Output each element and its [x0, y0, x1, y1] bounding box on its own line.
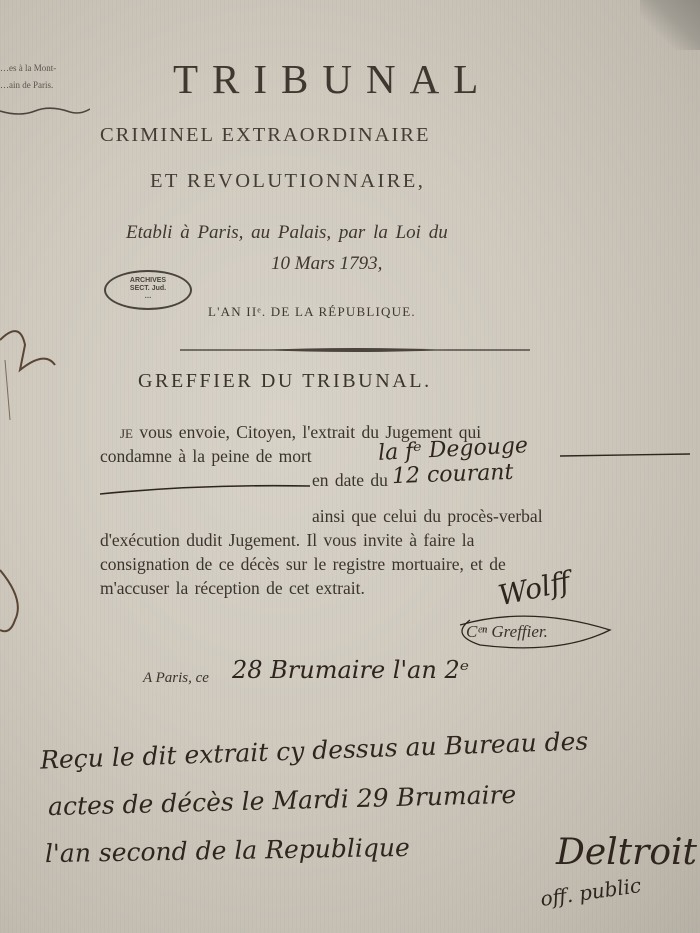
margin-reference-line: …es à la Mont-: [0, 60, 56, 77]
body-line-7: m'accuser la réception de cet extrait.: [100, 578, 365, 599]
handwritten-line-stroke: [560, 448, 690, 462]
handwritten-dateline-date: 28 Brumaire l'an 2ᵉ: [232, 656, 469, 684]
section-title: GREFFIER DU TRIBUNAL.: [138, 370, 432, 393]
margin-reference: …es à la Mont- …ain de Paris.: [0, 60, 56, 94]
margin-flourish-icon: [0, 105, 90, 119]
left-margin-ink-mark: [0, 320, 60, 640]
ornamental-rule-icon: [180, 347, 530, 353]
body-line-5: d'exécution dudit Jugement. Il vous invi…: [100, 530, 474, 551]
document-subtitle-2: ET REVOLUTIONNAIRE,: [150, 170, 425, 193]
greffier-title: Cᵉⁿ Greffier.: [466, 622, 548, 642]
handwritten-judgment-date: 12 courant: [392, 460, 514, 489]
dateline-place: A Paris, ce: [143, 670, 209, 687]
body-line-6: consignation de ce décès sur le registre…: [100, 554, 506, 575]
law-date: 10 Mars 1793,: [271, 253, 382, 275]
handwritten-line-stroke: [100, 482, 310, 496]
officer-signature: Deltroit: [556, 832, 697, 873]
establishment-line: Etabli à Paris, au Palais, par la Loi du: [126, 222, 448, 244]
body-line-3: en date du: [312, 470, 388, 491]
archive-stamp: ARCHIVES SECT. Jud. …: [104, 270, 192, 310]
stamp-line: …: [106, 293, 190, 301]
stamp-line: ARCHIVES: [106, 277, 190, 285]
stamp-line: SECT. Jud.: [106, 285, 190, 293]
body-line-4: ainsi que celui du procès-verbal: [312, 506, 543, 527]
page-corner-shadow: [640, 0, 700, 50]
document-subtitle-1: CRIMINEL EXTRAORDINAIRE: [100, 124, 431, 147]
document-title: TRIBUNAL: [173, 55, 492, 103]
republic-year: L'AN IIᵉ. DE LA RÉPUBLIQUE.: [208, 304, 416, 320]
drop-initial: JE: [120, 426, 133, 441]
body-line-2: condamne à la peine de mort: [100, 446, 312, 467]
margin-reference-line: …ain de Paris.: [0, 77, 56, 94]
